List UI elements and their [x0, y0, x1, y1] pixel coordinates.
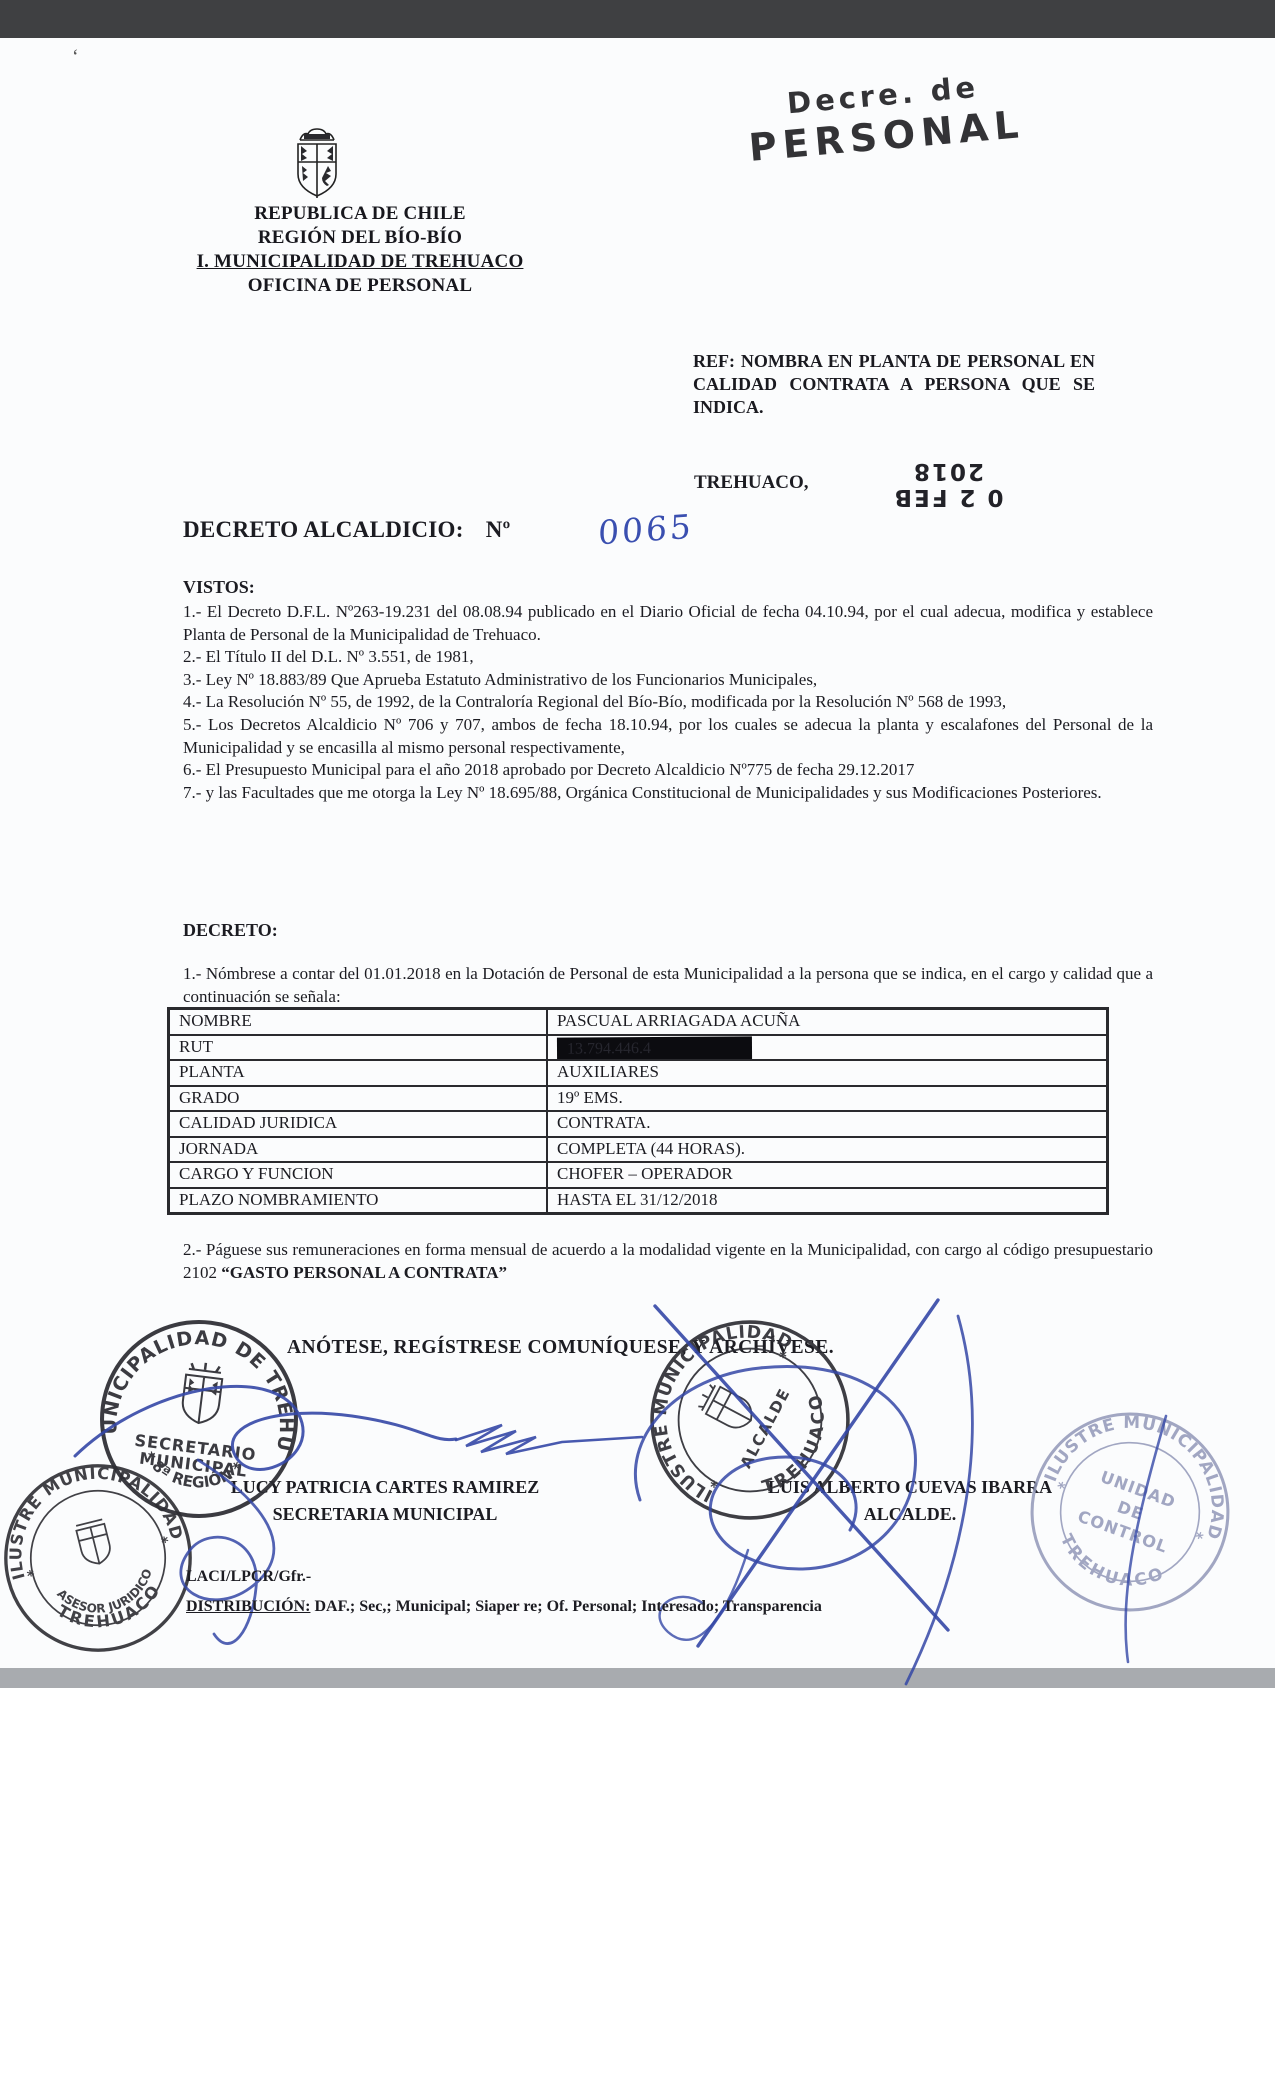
place-line: TREHUACO, [694, 472, 809, 494]
table-value: CONTRATA. [547, 1111, 1107, 1137]
vistos-item: 4.- La Resolución Nº 55, de 1992, de la … [183, 691, 1153, 714]
letterhead: REPUBLICA DE CHILE REGIÓN DEL BÍO-BÍO I.… [150, 202, 570, 298]
table-value: 19º EMS. [547, 1086, 1107, 1112]
svg-text:*: * [1192, 1528, 1206, 1548]
decree-title-label: DECRETO ALCALDICIO: [183, 517, 464, 542]
svg-text:ALCALDE: ALCALDE [737, 1385, 794, 1471]
table-row: RUT 13.794.446.4 [169, 1035, 1107, 1061]
table-label: CARGO Y FUNCION [169, 1162, 547, 1188]
table-value-redacted: 13.794.446.4 [547, 1035, 1107, 1061]
decreto-paragraph-1: 1.- Nómbrese a contar del 01.01.2018 en … [183, 962, 1153, 1008]
appointment-table: NOMBRE PASCUAL ARRIAGADA ACUÑA RUT 13.79… [167, 1007, 1109, 1215]
table-row: GRADO 19º EMS. [169, 1086, 1107, 1112]
table-value: PASCUAL ARRIAGADA ACUÑA [547, 1009, 1107, 1035]
ref-label: REF: [693, 351, 735, 371]
table-row: CALIDAD JURIDICA CONTRATA. [169, 1111, 1107, 1137]
table-label: GRADO [169, 1086, 547, 1112]
ref-block: REF: NOMBRA EN PLANTA DE PERSONAL EN CAL… [693, 350, 1095, 419]
org-office: OFICINA DE PERSONAL [150, 274, 570, 298]
vistos-item: 5.- Los Decretos Alcaldicio Nº 706 y 707… [183, 714, 1153, 759]
distribution-label: DISTRIBUCIÓN: [186, 1598, 310, 1615]
distribution-text: DAF.; Sec,; Municipal; Siaper re; Of. Pe… [310, 1598, 821, 1615]
scan-top-strip [0, 0, 1275, 38]
vistos-list: 1.- El Decreto D.F.L. Nº263-19.231 del 0… [183, 601, 1153, 804]
decree-title: DECRETO ALCALDICIO:Nº [183, 517, 511, 543]
table-label: CALIDAD JURIDICA [169, 1111, 547, 1137]
org-municipality: I. MUNICIPALIDAD DE TREHUACO [150, 250, 570, 274]
redaction-bar: 13.794.446.4 [557, 1036, 752, 1060]
table-value: COMPLETA (44 HORAS). [547, 1137, 1107, 1163]
coat-of-arms-icon [288, 126, 346, 200]
distribution-line: DISTRIBUCIÓN: DAF.; Sec,; Municipal; Sia… [186, 1598, 1086, 1616]
decree-number-label: Nº [486, 517, 511, 542]
org-region: REGIÓN DEL BÍO-BÍO [150, 226, 570, 250]
table-label: RUT [169, 1035, 547, 1061]
table-label: NOMBRE [169, 1009, 547, 1035]
decreto-heading: DECRETO: [183, 920, 278, 941]
table-value: HASTA EL 31/12/2018 [547, 1188, 1107, 1214]
table-label: JORNADA [169, 1137, 547, 1163]
ref-text: NOMBRA EN PLANTA DE PERSONAL EN CALIDAD … [693, 351, 1095, 417]
scanned-decree-page: ‘ REPUBLICA DE CHILE REGIÓN DEL BÍO-BÍO … [0, 0, 1275, 2100]
decreto-paragraph-2: 2.- Páguese sus remuneraciones en forma … [183, 1238, 1153, 1284]
table-label: PLANTA [169, 1060, 547, 1086]
table-row: PLAZO NOMBRAMIENTO HASTA EL 31/12/2018 [169, 1188, 1107, 1214]
paragraph2-bold: “GASTO PERSONAL A CONTRATA” [221, 1263, 507, 1282]
vistos-item: 1.- El Decreto D.F.L. Nº263-19.231 del 0… [183, 601, 1153, 646]
vistos-item: 7.- y las Facultades que me otorga la Le… [183, 782, 1153, 805]
vistos-heading: VISTOS: [183, 577, 255, 598]
vistos-item: 3.- Ley Nº 18.883/89 Que Aprueba Estatut… [183, 669, 1153, 692]
decree-number-handwritten: 0065 [597, 507, 694, 553]
table-label: PLAZO NOMBRAMIENTO [169, 1188, 547, 1214]
svg-text:*: * [26, 1568, 38, 1585]
table-value: CHOFER – OPERADOR [547, 1162, 1107, 1188]
svg-text:I. MUNICIPALIDAD DE TREHUACO: I. MUNICIPALIDAD DE TREHUACO [86, 1306, 311, 1458]
scan-artifact-mark: ‘ [72, 46, 79, 69]
table-value: AUXILIARES [547, 1060, 1107, 1086]
drafter-initials: LACI/LPCR/Gfr.- [186, 1568, 311, 1586]
table-row: CARGO Y FUNCION CHOFER – OPERADOR [169, 1162, 1107, 1188]
table-row: PLANTA AUXILIARES [169, 1060, 1107, 1086]
vistos-item: 6.- El Presupuesto Municipal para el año… [183, 759, 1153, 782]
date-received-stamp: 0 2 FEB 2018 [858, 458, 1038, 510]
table-row: NOMBRE PASCUAL ARRIAGADA ACUÑA [169, 1009, 1107, 1035]
table-row: JORNADA COMPLETA (44 HORAS). [169, 1137, 1107, 1163]
scan-bottom-strip [0, 1668, 1275, 1688]
org-country: REPUBLICA DE CHILE [150, 202, 570, 226]
vistos-item: 2.- El Título II del D.L. Nº 3.551, de 1… [183, 646, 1153, 669]
